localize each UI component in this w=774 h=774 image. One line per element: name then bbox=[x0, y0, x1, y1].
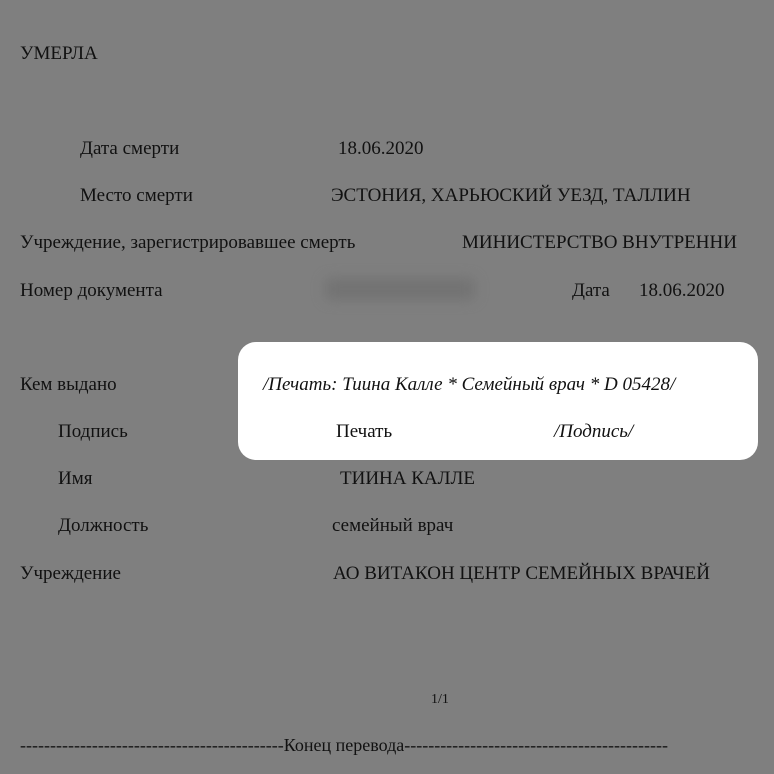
issued-by-label: Кем выдано bbox=[20, 375, 117, 394]
name-label: Имя bbox=[58, 469, 92, 488]
institution-label: Учреждение bbox=[20, 564, 121, 583]
status-heading: УМЕРЛА bbox=[20, 44, 98, 63]
registering-institution-label: Учреждение, зарегистрировавшее смерть bbox=[20, 233, 355, 252]
page-number: 1/1 bbox=[431, 693, 449, 707]
end-of-translation-line: ----------------------------------------… bbox=[20, 736, 668, 754]
position-value: семейный врач bbox=[332, 516, 453, 535]
document-number-label: Номер документа bbox=[20, 281, 163, 300]
highlighted-stamp-region bbox=[238, 342, 758, 460]
registering-institution-value: МИНИСТЕРСТВО ВНУТРЕННИ bbox=[462, 233, 737, 252]
stamp-label: Печать bbox=[336, 422, 392, 441]
signature-value: /Подпись/ bbox=[554, 422, 633, 441]
document-date-label: Дата bbox=[572, 281, 610, 300]
document-date-value: 18.06.2020 bbox=[639, 281, 725, 300]
death-place-label: Место смерти bbox=[80, 186, 193, 205]
institution-value: АО ВИТАКОН ЦЕНТР СЕМЕЙНЫХ ВРАЧЕЙ bbox=[333, 564, 710, 583]
position-label: Должность bbox=[58, 516, 148, 535]
signature-label: Подпись bbox=[58, 422, 128, 441]
name-value: ТИИНА КАЛЛЕ bbox=[340, 469, 475, 488]
death-place-value: ЭСТОНИЯ, ХАРЬЮСКИЙ УЕЗД, ТАЛЛИН bbox=[331, 186, 691, 205]
death-date-label: Дата смерти bbox=[80, 139, 179, 158]
stamp-text: /Печать: Тиина Калле * Семейный врач * D… bbox=[263, 375, 675, 394]
death-date-value: 18.06.2020 bbox=[338, 139, 424, 158]
document-number-redacted bbox=[325, 278, 475, 300]
